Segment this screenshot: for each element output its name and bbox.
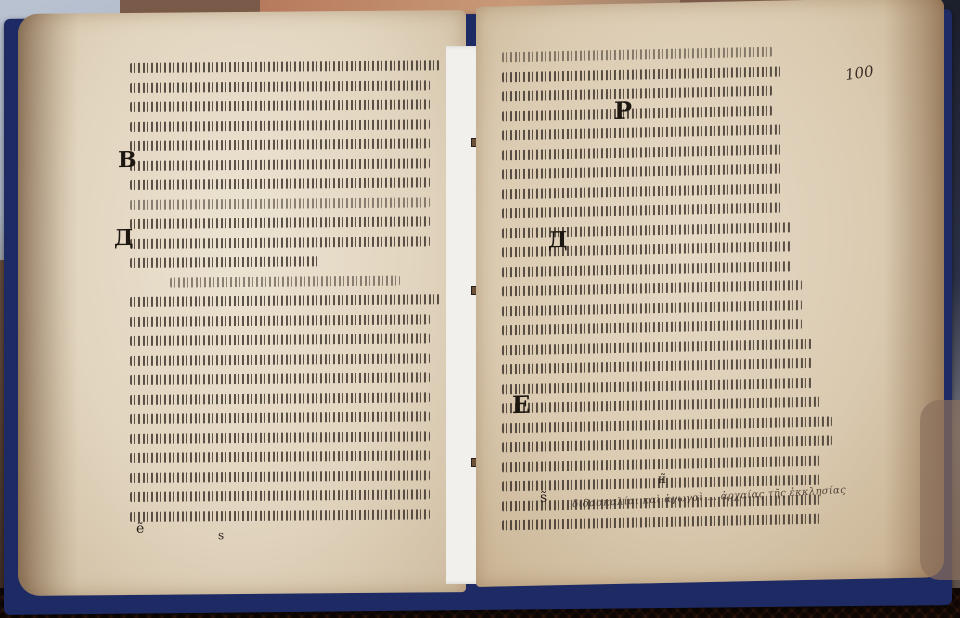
quire-mark: ѕ̃ bbox=[540, 490, 547, 506]
decorated-initial: Д bbox=[114, 225, 134, 251]
quire-mark: ѕ bbox=[218, 528, 224, 542]
right-page-text bbox=[502, 39, 842, 534]
decorated-initial: Р bbox=[614, 96, 632, 125]
quire-mark: е̃ bbox=[136, 521, 144, 537]
decorated-initial: Е bbox=[512, 390, 530, 419]
decorated-initial: В bbox=[118, 147, 137, 173]
left-page: В Д е̃ ѕ bbox=[18, 10, 466, 596]
decorated-initial: Д bbox=[548, 227, 568, 253]
quire-mark: н̃ bbox=[658, 472, 666, 486]
holding-hand bbox=[920, 400, 960, 580]
left-page-text bbox=[130, 54, 450, 525]
